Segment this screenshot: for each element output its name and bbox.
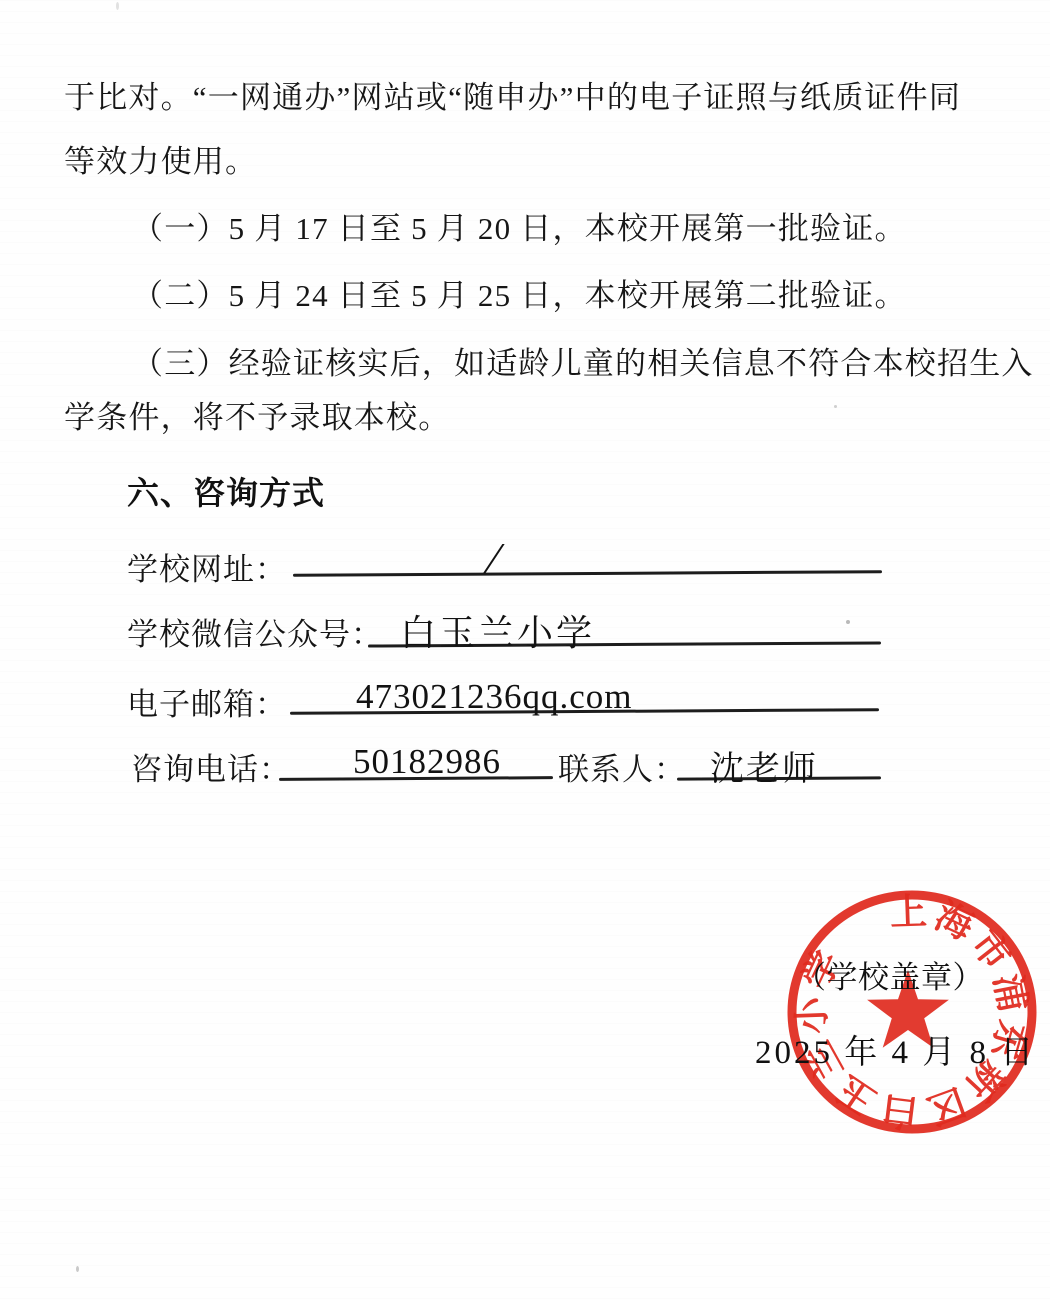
seal-ring-char: 上 (889, 891, 927, 934)
phone-value: 50182986 (353, 742, 501, 782)
paragraph-continuation-line-2: 等效力使用。 (64, 136, 257, 181)
email-value: 473021236qq.com (356, 677, 633, 717)
seal-ring-char: 浦 (986, 971, 1034, 1015)
phone-label: 咨询电话： (131, 744, 291, 789)
seal-caption: （学校盖章） (795, 952, 984, 997)
section-heading: 六、咨询方式 (127, 468, 325, 514)
email-label: 电子邮箱： (127, 679, 287, 724)
contact-value: 沈老师 (710, 741, 818, 790)
website-value: / (483, 533, 503, 584)
list-item-3-line-2: 学条件，将不予录取本校。 (64, 392, 450, 437)
issue-date: 2025 年 4 月 8 日 (755, 1026, 1036, 1073)
paragraph-continuation-line-1: 于比对。“一网通办”网站或“随申办”中的电子证照与纸质证件同 (64, 72, 961, 117)
scanned-document-page: 于比对。“一网通办”网站或“随申办”中的电子证照与纸质证件同 等效力使用。 （一… (0, 0, 1050, 1300)
scan-speck (846, 620, 850, 624)
list-item-2: （二）5 月 24 日至 5 月 25 日，本校开展第二批验证。 (132, 270, 907, 315)
list-item-3-line-1: （三）经验证核实后，如适龄儿童的相关信息不符合本校招生入 (132, 338, 1034, 383)
scan-speck (834, 405, 837, 408)
seal-graphic: 上海市浦东新区白玉兰小学 (770, 870, 1050, 1160)
list-item-1: （一）5 月 17 日至 5 月 20 日，本校开展第一批验证。 (132, 203, 907, 248)
wechat-value: 白玉兰小学 (400, 605, 595, 656)
school-seal-stamp: 上海市浦东新区白玉兰小学 (770, 870, 1050, 1160)
scan-speck (76, 1266, 79, 1272)
website-label: 学校网址： (127, 544, 287, 589)
scan-speck (116, 2, 119, 10)
seal-ring-char: 区 (921, 1079, 970, 1130)
contact-label: 联系人： (558, 744, 686, 789)
website-blank-underline (293, 570, 882, 577)
seal-ring-char: 白 (879, 1088, 921, 1134)
wechat-label: 学校微信公众号： (127, 609, 383, 654)
